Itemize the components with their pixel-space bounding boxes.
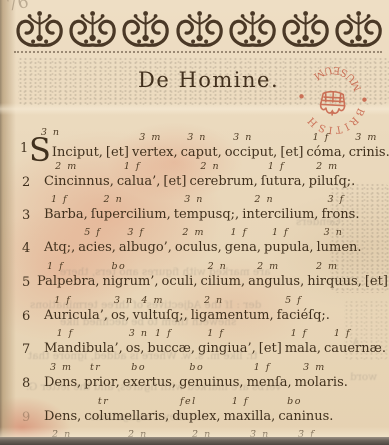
verse-token: 2 nſupercilium, [91, 194, 171, 222]
verse-token: 3 ntempusq;, [174, 194, 239, 222]
stamp-text-bottom: MUSEUM [309, 63, 365, 93]
declension-superscript: 3 n [187, 132, 207, 143]
declension-superscript: 1 f [232, 396, 249, 407]
book-page: 76 [0, 0, 389, 445]
verse-line: 83 mDens,trprior,boexertus,bogenuinus,1 … [0, 362, 389, 396]
verse-token: [et] [365, 261, 388, 289]
declension-superscript: 3 f [127, 227, 144, 238]
stamp-dot-left [362, 97, 367, 102]
verse-token: trcolumellaris, [84, 396, 169, 424]
verse-token: 2 ncerebrum, [189, 161, 257, 189]
verse-line: 61 fAuricula’,3 nos,4 mvultuſq;,2 nligam… [0, 295, 389, 329]
verse-token: 1 fgingiua’, [198, 328, 256, 356]
word-text: cauernæ. [324, 341, 386, 356]
declension-superscript: bo [287, 396, 302, 407]
word-text: prior, [84, 375, 119, 390]
verse-token: 1 fgena, [225, 227, 261, 255]
verse-text: 3 nSInciput,[et]3 mvertex,3 ncaput,3 noc… [29, 127, 389, 160]
verse-line: 51 fPalpebra,bonigrum’,oculi,2 ncilium,2… [0, 261, 389, 295]
word-text: piluſq;. [309, 174, 356, 189]
ornament-dotted-rule [14, 51, 382, 53]
word-text: Dens, [44, 375, 81, 390]
word-text: albugo’, [119, 240, 172, 255]
word-text: cerebrum, [189, 174, 257, 189]
verse-token: [et] [163, 161, 186, 189]
verse-token: felduplex, [172, 396, 220, 424]
declension-superscript: tr [90, 362, 101, 373]
declension-superscript: 3 n [184, 194, 204, 205]
word-text: cóma, [306, 145, 345, 160]
word-text: crinis. [349, 145, 389, 160]
word-text: hirquus, [307, 274, 362, 289]
word-text: caput, [181, 145, 222, 160]
declension-superscript: 3 m [50, 362, 73, 373]
verse-line: 4Atq;,5 facies,3 falbugo’,2 moculus,1 fg… [0, 227, 389, 261]
word-text: [et] [106, 145, 129, 160]
bottom-edge-shadow [0, 437, 389, 445]
declension-superscript: 2 m [316, 161, 339, 172]
verse-token: 5 facies, [78, 227, 116, 255]
verse-token: boexertus, [123, 362, 176, 390]
word-text: Palpebra, [37, 274, 100, 289]
verse-token: trprior, [84, 362, 119, 390]
word-text: angulus, [248, 274, 304, 289]
verse-token: 2 mangulus, [248, 261, 304, 289]
verse-token: 3 nocciput, [225, 132, 278, 160]
verse-token: 1 fbuccæ, [147, 328, 195, 356]
verse-token: bocaninus. [278, 396, 333, 424]
declension-superscript: 3 f [328, 194, 345, 205]
line-number: 6 [22, 309, 30, 324]
verse-token: [et] [280, 132, 303, 160]
verse-text: Dens,trcolumellaris,felduplex,1 fmaxilla… [44, 396, 336, 424]
word-text: [et] [259, 341, 282, 356]
verse-line: 22 mCincinnus,1 fcalua’,[et]2 ncerebrum,… [0, 161, 389, 195]
ornament-band [13, 7, 386, 51]
verse-token: 2 mhirquus, [307, 261, 362, 289]
word-text: molaris. [295, 375, 348, 390]
verse-line: 13 nSInciput,[et]3 mvertex,3 ncaput,3 no… [0, 127, 389, 161]
word-text: frons. [321, 207, 359, 222]
verse-text: 2 mCincinnus,1 fcalua’,[et]2 ncerebrum,1… [44, 161, 358, 189]
verse-line: 31 fBarba,2 nſupercilium,3 ntempusq;,2 n… [0, 194, 389, 228]
line-number: 2 [22, 175, 30, 190]
verse-token: bogenuinus, [179, 362, 243, 390]
word-text: Cincinnus, [44, 174, 114, 189]
verse-token: 1 fAuricula’, [44, 295, 108, 323]
ornament-motif [226, 7, 279, 51]
declension-superscript: 3 n [114, 295, 134, 306]
word-text: [et] [280, 145, 303, 160]
declension-superscript: 2 n [208, 261, 228, 272]
verse-token: 4 mvultuſq;, [133, 295, 188, 323]
verse-token: 2 moculus, [175, 227, 222, 255]
declension-superscript: 5 f [84, 227, 101, 238]
declension-superscript: 1 f [124, 161, 141, 172]
declension-superscript: 1 f [313, 132, 330, 143]
word-text: gingiua’, [198, 341, 256, 356]
word-text: mala, [285, 341, 321, 356]
verse-token: 1 fcauernæ. [324, 328, 386, 356]
verse-token: 2 nligamentum, [191, 295, 274, 323]
declension-superscript: 1 f [268, 161, 285, 172]
word-text: os, [126, 341, 145, 356]
verse-token: 3 mDens, [44, 362, 81, 390]
word-text: nigrum’, [103, 274, 159, 289]
line-number: 3 [22, 208, 30, 223]
verse-line: 9Dens,trcolumellaris,felduplex,1 fmaxill… [0, 396, 389, 430]
declension-superscript: 2 m [257, 261, 280, 272]
declension-superscript: 3 m [139, 132, 162, 143]
verse-token: 3 ncaput, [181, 132, 222, 160]
word-text: menſa, [247, 375, 292, 390]
word-text: Inciput, [52, 145, 103, 160]
verse-token: 3 mcrinis. [349, 132, 389, 160]
line-number: 4 [22, 241, 30, 256]
word-text: faciéſq;. [277, 308, 330, 323]
verse-token: [et] [259, 328, 282, 356]
word-text: vertex, [132, 145, 178, 160]
verse-token: 1 fPalpebra, [37, 261, 100, 289]
word-text: Barba, [44, 207, 88, 222]
verse-token: 1 fcóma, [306, 132, 345, 160]
declension-superscript: 1 f [291, 328, 308, 339]
word-text: occiput, [225, 145, 278, 160]
declension-superscript: 2 n [204, 295, 224, 306]
ornament-motif [119, 7, 172, 51]
word-text: intercilium, [242, 207, 318, 222]
verse-token: 2 mCincinnus, [44, 161, 114, 189]
verse-token: 3 ffrons. [321, 194, 359, 222]
declension-superscript: fel [180, 396, 197, 407]
word-text: ligamentum, [191, 308, 274, 323]
verse-token: oculi, [162, 261, 198, 289]
word-text: ſutura, [261, 174, 306, 189]
word-text: columellaris, [84, 409, 169, 424]
word-text: buccæ, [147, 341, 195, 356]
declension-superscript: 3 n [233, 132, 253, 143]
verse-token: 3 nos, [111, 295, 130, 323]
verse-token: 1 fMandibula’, [44, 328, 123, 356]
word-text: Dens, [44, 409, 81, 424]
declension-superscript: 5 f [285, 295, 302, 306]
declension-superscript: 1 f [47, 261, 64, 272]
word-text: acies, [78, 240, 116, 255]
word-text: vultuſq;, [133, 308, 188, 323]
verse-token: bonigrum’, [103, 261, 159, 289]
declension-superscript: 1 f [334, 328, 351, 339]
verse-token: 1 fBarba, [44, 194, 88, 222]
declension-superscript: 2 n [200, 161, 220, 172]
word-text: Auricula’, [44, 308, 108, 323]
declension-superscript: 1 f [231, 227, 248, 238]
declension-superscript: 2 m [55, 161, 78, 172]
word-text: gena, [225, 240, 261, 255]
ornament-motif [66, 7, 119, 51]
verse-text: 1 fPalpebra,bonigrum’,oculi,2 ncilium,2 … [37, 261, 389, 289]
declension-superscript: 1 f [57, 328, 74, 339]
declension-superscript: 1 f [207, 328, 224, 339]
page-title: De Homine. [138, 68, 279, 92]
declension-superscript: 2 m [316, 261, 339, 272]
declension-superscript: 1 f [51, 194, 68, 205]
verse-token: 2 mpiluſq;. [309, 161, 356, 189]
word-text: genuinus, [179, 375, 243, 390]
verse-text: 1 fAuricula’,3 nos,4 mvultuſq;,2 nligame… [44, 295, 333, 323]
word-text: tempusq;, [174, 207, 239, 222]
verse-token: 3 nlumen. [316, 227, 361, 255]
verse-text: 1 fBarba,2 nſupercilium,3 ntempusq;,2 ni… [44, 194, 362, 222]
declension-superscript: 1 f [254, 362, 271, 373]
word-text: lumen. [316, 240, 361, 255]
word-text: maxilla, [224, 409, 276, 424]
line-number: 7 [22, 342, 30, 357]
declension-superscript: bo [131, 362, 146, 373]
word-text: oculi, [162, 274, 198, 289]
line-number: 1 [20, 141, 28, 156]
word-text: calua’, [117, 174, 161, 189]
verse-token: 1 fſutura, [261, 161, 306, 189]
verse-token: 1 fmaxilla, [224, 396, 276, 424]
declension-superscript: 3 m [355, 132, 378, 143]
word-text: Atq;, [44, 240, 75, 255]
word-text: caninus. [278, 409, 333, 424]
svg-text:MUSEUM: MUSEUM [309, 63, 365, 93]
verse-token: 2 ncilium, [200, 261, 245, 289]
verse-text: 1 fMandibula’,3 nos,1 fbuccæ,1 fgingiua’… [44, 328, 389, 356]
word-text: exertus, [123, 375, 176, 390]
verse-token: 3 falbugo’, [119, 227, 172, 255]
british-museum-stamp: BRITISH MUSEUM [298, 59, 368, 137]
word-text: oculus, [175, 240, 222, 255]
verse-token: 1 fmenſa, [247, 362, 292, 390]
word-text: pupula, [264, 240, 313, 255]
verse-token: 1 fpupula, [264, 227, 313, 255]
declension-superscript: tr [98, 396, 109, 407]
declension-superscript: 1 f [54, 295, 71, 306]
ornament-motif [13, 7, 66, 51]
line-number: 8 [22, 376, 30, 391]
verse-text: Atq;,5 facies,3 falbugo’,2 moculus,1 fge… [44, 227, 365, 255]
declension-superscript: 3 m [303, 362, 326, 373]
verse-token: Dens, [44, 396, 81, 424]
declension-superscript: 1 f [272, 227, 289, 238]
verse-line: 71 fMandibula’,3 nos,1 fbuccæ,1 fgingiua… [0, 328, 389, 362]
verse-token: [et] [106, 132, 129, 160]
verse-token: 3 nos, [126, 328, 145, 356]
declension-superscript: 2 m [182, 227, 205, 238]
ornament-motif [173, 7, 226, 51]
line-number: 9 [22, 410, 30, 425]
verse-token: 5 ffaciéſq;. [277, 295, 330, 323]
word-text: os, [111, 308, 130, 323]
verse-token: 2 nintercilium, [242, 194, 318, 222]
word-text: ſupercilium, [91, 207, 171, 222]
declension-superscript: 3 n [324, 227, 344, 238]
declension-superscript: 4 m [141, 295, 164, 306]
word-text: Mandibula’, [44, 341, 123, 356]
declension-superscript: bo [111, 261, 126, 272]
declension-superscript: 3 n [129, 328, 149, 339]
crown-icon [320, 91, 345, 115]
verse-token: 3 nSInciput, [29, 127, 103, 160]
ornament-motif [332, 7, 385, 51]
verse-token: 3 mvertex, [132, 132, 178, 160]
verse-token: 1 fcalua’, [117, 161, 161, 189]
word-text: cilium, [200, 274, 245, 289]
declension-superscript: 2 n [104, 194, 124, 205]
word-text: [et] [163, 174, 186, 189]
verse-token: 3 mmolaris. [295, 362, 348, 390]
declension-superscript: 1 f [155, 328, 172, 339]
stamp-dot-right [299, 94, 304, 99]
line-number: 5 [22, 275, 30, 290]
declension-superscript: 2 n [254, 194, 274, 205]
word-text: duplex, [172, 409, 220, 424]
verse-token: Atq;, [44, 227, 75, 255]
verse-token: 1 fmala, [285, 328, 321, 356]
word-text: [et] [365, 274, 388, 289]
page-bottom-highlight [0, 427, 389, 437]
ornament-motif [279, 7, 332, 51]
verse-text: 3 mDens,trprior,boexertus,bogenuinus,1 f… [44, 362, 351, 390]
declension-superscript: bo [189, 362, 204, 373]
